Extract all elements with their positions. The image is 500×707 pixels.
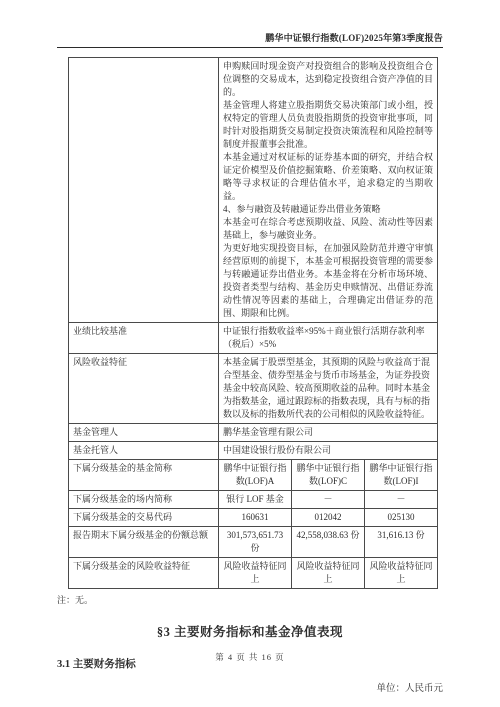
row-label: 下属分级基金的场内简称 xyxy=(69,491,219,509)
row-label-empty xyxy=(69,58,219,323)
page-number-footer: 第 4 页 共 16 页 xyxy=(0,651,500,663)
report-page: 鹏华中证银行指数(LOF)2025年第3季度报告 申购赎回时现金资产对投资组合的… xyxy=(0,0,500,707)
row-label: 下属分级基金的交易代码 xyxy=(69,509,219,527)
subfund-cell: 160631 xyxy=(219,509,292,527)
row-label: 下属分级基金的基金简称 xyxy=(69,460,219,491)
table-row-subfund-short-name: 下属分级基金的基金简称 鹏华中证银行指数(LOF)A 鹏华中证银行指数(LOF)… xyxy=(69,460,438,491)
table-row-subfund-exchange-name: 下属分级基金的场内简称 银行 LOF 基金 － － xyxy=(69,491,438,509)
subfund-cell: － xyxy=(292,491,365,509)
subfund-cell: 鹏华中证银行指数(LOF)I xyxy=(365,460,438,491)
row-value: 本基金属于股票型基金，其预期的风险与收益高于混合型基金、债券型基金与货币市场基金… xyxy=(219,354,438,424)
row-label: 基金管理人 xyxy=(69,424,219,442)
subfund-cell: 42,558,038.63 份 xyxy=(292,527,365,558)
subfund-cell: － xyxy=(365,491,438,509)
subfund-cell: 风险收益特征同上 xyxy=(292,558,365,589)
subfund-cell: 银行 LOF 基金 xyxy=(219,491,292,509)
row-label: 下属分级基金的风险收益特征 xyxy=(69,558,219,589)
strategy-paragraph: 基金管理人将建立股指期货交易决策部门或小组，授权特定的管理人员负责股指期货的投资… xyxy=(223,99,433,151)
strategy-paragraph: 本基金通过对权证标的证券基本面的研究，并结合权证定价模型及价值挖掘策略、价差策略… xyxy=(223,151,433,203)
subfund-cell: 风险收益特征同上 xyxy=(219,558,292,589)
subfund-cell: 鹏华中证银行指数(LOF)C xyxy=(292,460,365,491)
table-row-subfund-trading-code: 下属分级基金的交易代码 160631 012042 025130 xyxy=(69,509,438,527)
table-note: 注：无。 xyxy=(57,594,443,606)
document-header-title: 鹏华中证银行指数(LOF)2025年第3季度报告 xyxy=(57,33,443,44)
row-value: 中证银行指数收益率×95%＋商业银行活期存款利率（税后）×5% xyxy=(219,323,438,354)
strategy-text-cell: 申购赎回时现金资产对投资组合的影响及投资组合仓位调整的交易成本，达到稳定投资组合… xyxy=(219,58,438,323)
row-label: 业绩比较基准 xyxy=(69,323,219,354)
subfund-cell: 31,616.13 份 xyxy=(365,527,438,558)
header-divider-rule xyxy=(57,47,443,48)
table-row-subfund-total-shares: 报告期末下属分级基金的份额总额 301,573,651.73 份 42,558,… xyxy=(69,527,438,558)
table-row-benchmark: 业绩比较基准 中证银行指数收益率×95%＋商业银行活期存款利率（税后）×5% xyxy=(69,323,438,354)
subfund-cell: 025130 xyxy=(365,509,438,527)
unit-label: 单位：人民币元 xyxy=(57,680,443,694)
table-row-fund-manager: 基金管理人 鹏华基金管理有限公司 xyxy=(69,424,438,442)
row-value: 中国建设银行股份有限公司 xyxy=(219,442,438,460)
subfund-cell: 012042 xyxy=(292,509,365,527)
table-row-risk-return-profile: 风险收益特征 本基金属于股票型基金，其预期的风险与收益高于混合型基金、债券型基金… xyxy=(69,354,438,424)
table-row-subfund-risk-profile: 下属分级基金的风险收益特征 风险收益特征同上 风险收益特征同上 风险收益特征同上 xyxy=(69,558,438,589)
row-value: 鹏华基金管理有限公司 xyxy=(219,424,438,442)
subfund-cell: 鹏华中证银行指数(LOF)A xyxy=(219,460,292,491)
subfund-cell: 301,573,651.73 份 xyxy=(219,527,292,558)
strategy-paragraph: 申购赎回时现金资产对投资组合的影响及投资组合仓位调整的交易成本，达到稳定投资组合… xyxy=(223,60,433,99)
row-label: 基金托管人 xyxy=(69,442,219,460)
subfund-cell: 风险收益特征同上 xyxy=(365,558,438,589)
table-row-strategy-continuation: 申购赎回时现金资产对投资组合的影响及投资组合仓位调整的交易成本，达到稳定投资组合… xyxy=(69,58,438,323)
row-label: 报告期末下属分级基金的份额总额 xyxy=(69,527,219,558)
strategy-paragraph: 为更好地实现投资目标，在加强风险防范并遵守审慎经营原则的前提下，本基金可根据投资… xyxy=(223,242,433,320)
table-row-fund-custodian: 基金托管人 中国建设银行股份有限公司 xyxy=(69,442,438,460)
strategy-paragraph: 4、参与融资及转融通证券出借业务策略 xyxy=(223,203,433,216)
fund-info-table: 申购赎回时现金资产对投资组合的影响及投资组合仓位调整的交易成本，达到稳定投资组合… xyxy=(68,57,438,589)
strategy-paragraph: 本基金可在综合考虑预期收益、风险、流动性等因素基础上，参与融资业务。 xyxy=(223,216,433,242)
section-title: §3 主要财务指标和基金净值表现 xyxy=(57,622,443,640)
row-label: 风险收益特征 xyxy=(69,354,219,424)
